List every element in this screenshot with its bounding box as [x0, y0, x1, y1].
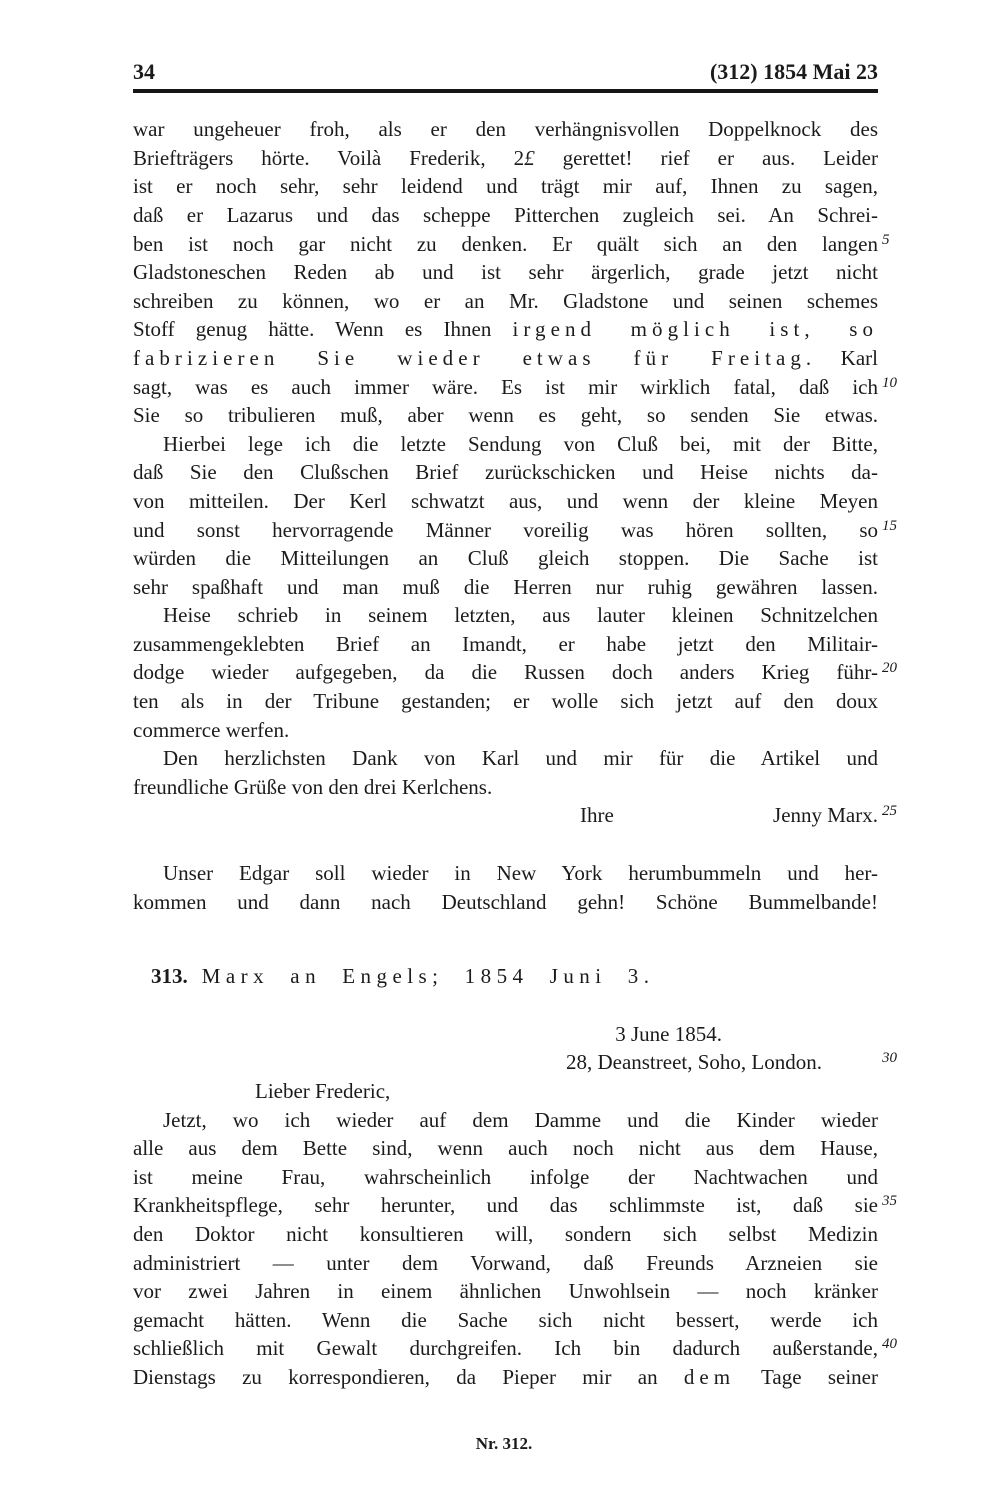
text-line: gemacht hätten. Wenn die Sache sich nich…	[133, 1306, 878, 1335]
text-line: Briefträgers hörte. Voilà Frederik, 2£ g…	[133, 144, 878, 173]
text-line: Sie so tribulieren muß, aber wenn es geh…	[133, 401, 878, 430]
margin-line-number: 15	[882, 512, 922, 541]
text-line: den Doktor nicht konsultieren will, sond…	[133, 1220, 878, 1249]
paragraph: Jetzt, wo ich wieder auf dem Damme und d…	[133, 1106, 878, 1392]
text-segment: ben ist noch gar nicht zu denken. Er quä…	[133, 232, 878, 256]
text-line: fabrizieren Sie wieder etwas für Freitag…	[133, 344, 878, 373]
text-line: ben ist noch gar nicht zu denken. Er quä…	[133, 230, 878, 259]
text-segment: kommen und dann nach Deutschland gehn! S…	[133, 890, 878, 914]
letter-address-line: 28, Deanstreet, Soho, London. 30	[133, 1048, 878, 1077]
text-line: ist meine Frau, wahrscheinlich infolge d…	[133, 1163, 878, 1192]
paragraph: Heise schrieb in seinem letzten, aus lau…	[133, 601, 878, 744]
margin-line-number: 20	[882, 654, 922, 683]
text-segment: dem	[684, 1365, 735, 1389]
margin-line-number: 35	[882, 1187, 922, 1216]
text-segment: Krankheitspflege, sehr herunter, und das…	[133, 1193, 878, 1217]
text-line: und sonst hervorragende Männer voreilig …	[133, 516, 878, 545]
text-line: dodge wieder aufgegeben, da die Russen d…	[133, 658, 878, 687]
text-line: Unser Edgar soll wieder in New York heru…	[133, 859, 878, 888]
page-header: 34 (312) 1854 Mai 23	[133, 60, 878, 84]
margin-line-number: 40	[882, 1330, 922, 1359]
header-letter-date: (312) 1854 Mai 23	[710, 60, 878, 84]
margin-line-number: 30	[882, 1044, 922, 1073]
text-line: Stoff genug hätte. Wenn es Ihnen irgend …	[133, 315, 878, 344]
text-segment: von mitteilen. Der Kerl schwatzt aus, un…	[133, 489, 878, 513]
margin-line-number: 25	[882, 797, 922, 826]
text-segment: sehr spaßhaft und man muß die Herren nur…	[133, 575, 878, 599]
letter-title: Marx an Engels; 1854 Juni 3.	[202, 964, 655, 988]
letter-address: 28, Deanstreet, Soho, London.	[566, 1050, 822, 1074]
text-segment: Hierbei lege ich die letzte Sendung von …	[163, 432, 878, 456]
text-segment: Briefträgers hörte. Voilà Frederik, 2	[133, 146, 524, 170]
text-segment: Dienstags zu korrespondieren, da Pieper …	[133, 1365, 684, 1389]
text-line: administriert — unter dem Vorwand, daß F…	[133, 1249, 878, 1278]
letter-dateline: 3 June 1854.	[133, 1020, 878, 1049]
text-segment: schließlich mit Gewalt durchgreifen. Ich…	[133, 1336, 878, 1360]
text-segment: sagt, was es auch immer wäre. Es ist mir…	[133, 375, 878, 399]
text-line: von mitteilen. Der Kerl schwatzt aus, un…	[133, 487, 878, 516]
paragraph: war ungeheuer froh, als er den verhängni…	[133, 115, 878, 430]
text-segment: freundliche Grüße von den drei Kerlchens…	[133, 775, 492, 799]
text-line: daß er Lazarus und das scheppe Pitterche…	[133, 201, 878, 230]
text-segment: schreiben zu können, wo er an Mr. Gladst…	[133, 289, 878, 313]
text-line: Hierbei lege ich die letzte Sendung von …	[133, 430, 878, 459]
text-segment: £	[524, 146, 535, 170]
page-footer: Nr. 312.	[0, 1434, 1008, 1454]
text-segment: alle aus dem Bette sind, wenn auch noch …	[133, 1136, 878, 1160]
paragraph: Hierbei lege ich die letzte Sendung von …	[133, 430, 878, 602]
text-line: Krankheitspflege, sehr herunter, und das…	[133, 1191, 878, 1220]
book-page: 34 (312) 1854 Mai 23 war ungeheuer froh,…	[0, 0, 1008, 1500]
text-segment: Gladstoneschen Reden ab und ist sehr ärg…	[133, 260, 878, 284]
text-segment: daß er Lazarus und das scheppe Pitterche…	[133, 203, 878, 227]
letter-number: 313.	[151, 964, 188, 988]
text-line: vor zwei Jahren in einem ähnlichen Unwoh…	[133, 1277, 878, 1306]
text-segment: und sonst hervorragende Männer voreilig …	[133, 518, 878, 542]
text-segment: ist meine Frau, wahrscheinlich infolge d…	[133, 1165, 878, 1189]
text-segment: ten als in der Tribune gestanden; er wol…	[133, 689, 878, 713]
text-segment: Karl	[816, 346, 878, 370]
text-segment: war ungeheuer froh, als er den verhängni…	[133, 117, 878, 141]
paragraph: Den herzlichsten Dank von Karl und mir f…	[133, 744, 878, 801]
text-line: schreiben zu können, wo er an Mr. Gladst…	[133, 287, 878, 316]
margin-line-number: 10	[882, 369, 922, 398]
header-rule	[133, 89, 878, 93]
text-line: Den herzlichsten Dank von Karl und mir f…	[133, 744, 878, 773]
text-segment: Stoff genug hätte. Wenn es Ihnen	[133, 317, 513, 341]
text-segment: Heise schrieb in seinem letzten, aus lau…	[163, 603, 878, 627]
text-line: ten als in der Tribune gestanden; er wol…	[133, 687, 878, 716]
text-segment: ist er noch sehr, sehr leidend und trägt…	[133, 174, 878, 198]
text-line: daß Sie den Clußschen Brief zurückschick…	[133, 458, 878, 487]
text-line: war ungeheuer froh, als er den verhängni…	[133, 115, 878, 144]
text-line: ist er noch sehr, sehr leidend und trägt…	[133, 172, 878, 201]
margin-line-number: 5	[882, 226, 922, 255]
text-line: alle aus dem Bette sind, wenn auch noch …	[133, 1134, 878, 1163]
signature-name: Jenny Marx.	[773, 801, 878, 830]
text-segment: dodge wieder aufgegeben, da die Russen d…	[133, 660, 878, 684]
text-segment: zusammengeklebten Brief an Imandt, er ha…	[133, 632, 878, 656]
text-line: schließlich mit Gewalt durchgreifen. Ich…	[133, 1334, 878, 1363]
text-line: Dienstags zu korrespondieren, da Pieper …	[133, 1363, 878, 1392]
text-line: sehr spaßhaft und man muß die Herren nur…	[133, 573, 878, 602]
text-line: Gladstoneschen Reden ab und ist sehr ärg…	[133, 258, 878, 287]
text-segment: fabrizieren Sie wieder etwas für Freitag…	[133, 346, 816, 370]
text-segment: irgend möglich ist, so	[513, 317, 879, 341]
text-segment: administriert — unter dem Vorwand, daß F…	[133, 1251, 878, 1275]
text-segment: commerce werfen.	[133, 718, 289, 742]
text-segment: Jetzt, wo ich wieder auf dem Damme und d…	[163, 1108, 878, 1132]
letter-heading: 313.Marx an Engels; 1854 Juni 3.	[133, 962, 878, 991]
signature-line: Ihre Jenny Marx. 25	[133, 801, 878, 830]
text-line: zusammengeklebten Brief an Imandt, er ha…	[133, 630, 878, 659]
text-segment: gemacht hätten. Wenn die Sache sich nich…	[133, 1308, 878, 1332]
salutation: Lieber Frederic,	[133, 1077, 878, 1106]
text-segment: gerettet! rief er aus. Leider	[535, 146, 878, 170]
text-segment: Sie so tribulieren muß, aber wenn es geh…	[133, 403, 878, 427]
text-segment: Unser Edgar soll wieder in New York heru…	[163, 861, 878, 885]
text-segment: daß Sie den Clußschen Brief zurückschick…	[133, 460, 878, 484]
text-line: commerce werfen.	[133, 716, 878, 745]
signature-closing: Ihre	[580, 801, 614, 830]
text-segment: würden die Mitteilungen an Cluß gleich s…	[133, 546, 878, 570]
text-segment: vor zwei Jahren in einem ähnlichen Unwoh…	[133, 1279, 878, 1303]
page-number: 34	[133, 60, 155, 84]
text-line: sagt, was es auch immer wäre. Es ist mir…	[133, 373, 878, 402]
text-line: freundliche Grüße von den drei Kerlchens…	[133, 773, 878, 802]
text-segment: Tage seiner	[735, 1365, 878, 1389]
text-segment: den Doktor nicht konsultieren will, sond…	[133, 1222, 878, 1246]
text-line: Heise schrieb in seinem letzten, aus lau…	[133, 601, 878, 630]
text-segment: Den herzlichsten Dank von Karl und mir f…	[163, 746, 878, 770]
postscript-paragraph: Unser Edgar soll wieder in New York heru…	[133, 859, 878, 916]
text-line: kommen und dann nach Deutschland gehn! S…	[133, 888, 878, 917]
text-line: würden die Mitteilungen an Cluß gleich s…	[133, 544, 878, 573]
text-line: Jetzt, wo ich wieder auf dem Damme und d…	[133, 1106, 878, 1135]
